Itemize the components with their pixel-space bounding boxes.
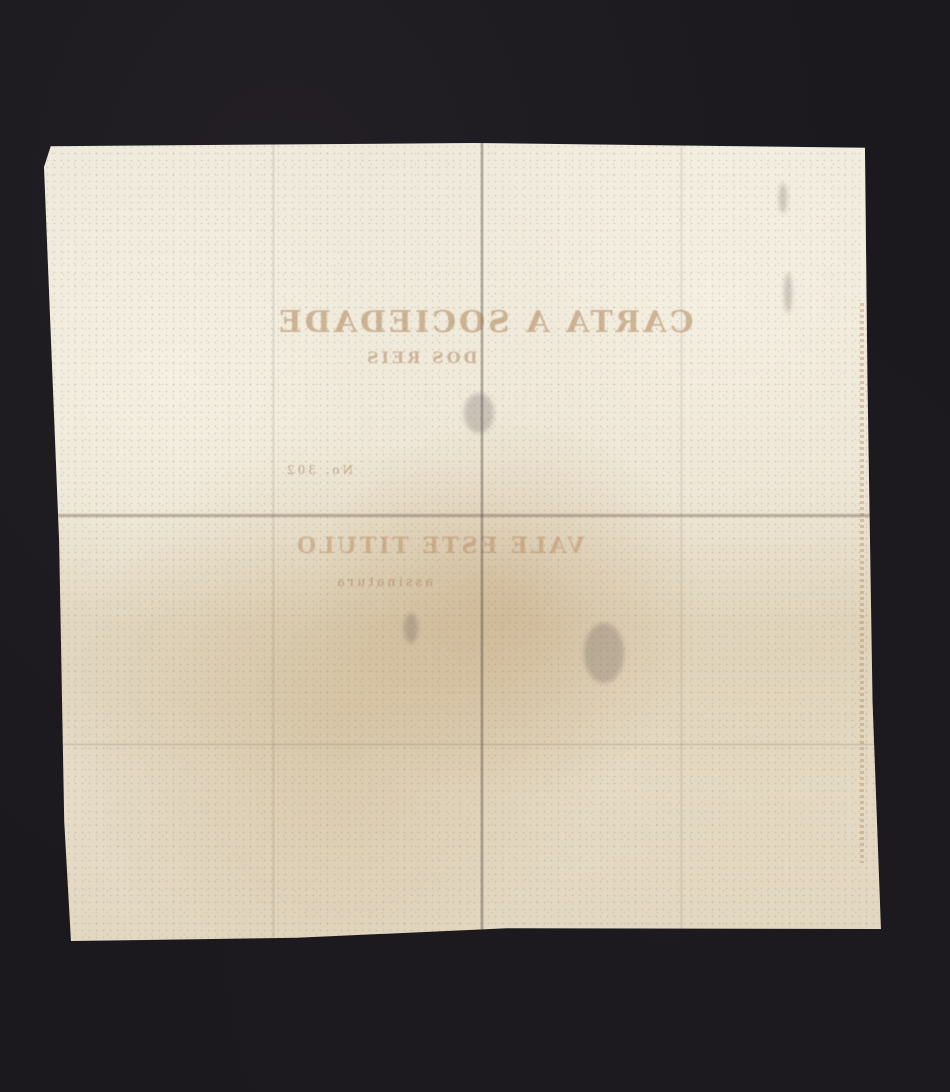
bleed-through-serial: No. 302 <box>284 463 353 477</box>
bleed-through-subtitle: DOS REIS <box>364 348 477 367</box>
ink-mark <box>784 273 792 313</box>
ink-mark <box>404 613 418 643</box>
aged-paper-note: CARTA A SOCIEDADE DOS REIS No. 302 VALE … <box>44 143 886 941</box>
bleed-through-title: CARTA A SOCIEDADE <box>276 305 693 340</box>
left-fold-crease <box>272 143 275 941</box>
dark-stain <box>584 623 624 683</box>
horizontal-fold-crease <box>44 513 886 518</box>
faded-border-print <box>860 303 864 863</box>
bleed-through-small-line: assinatura <box>334 575 433 590</box>
ink-mark <box>779 183 787 213</box>
right-fold-crease <box>680 143 683 941</box>
bleed-through-middle-line: VALE ESTE TITULO <box>294 533 585 559</box>
lower-fold-crease <box>44 743 886 746</box>
dark-stain <box>464 393 494 433</box>
